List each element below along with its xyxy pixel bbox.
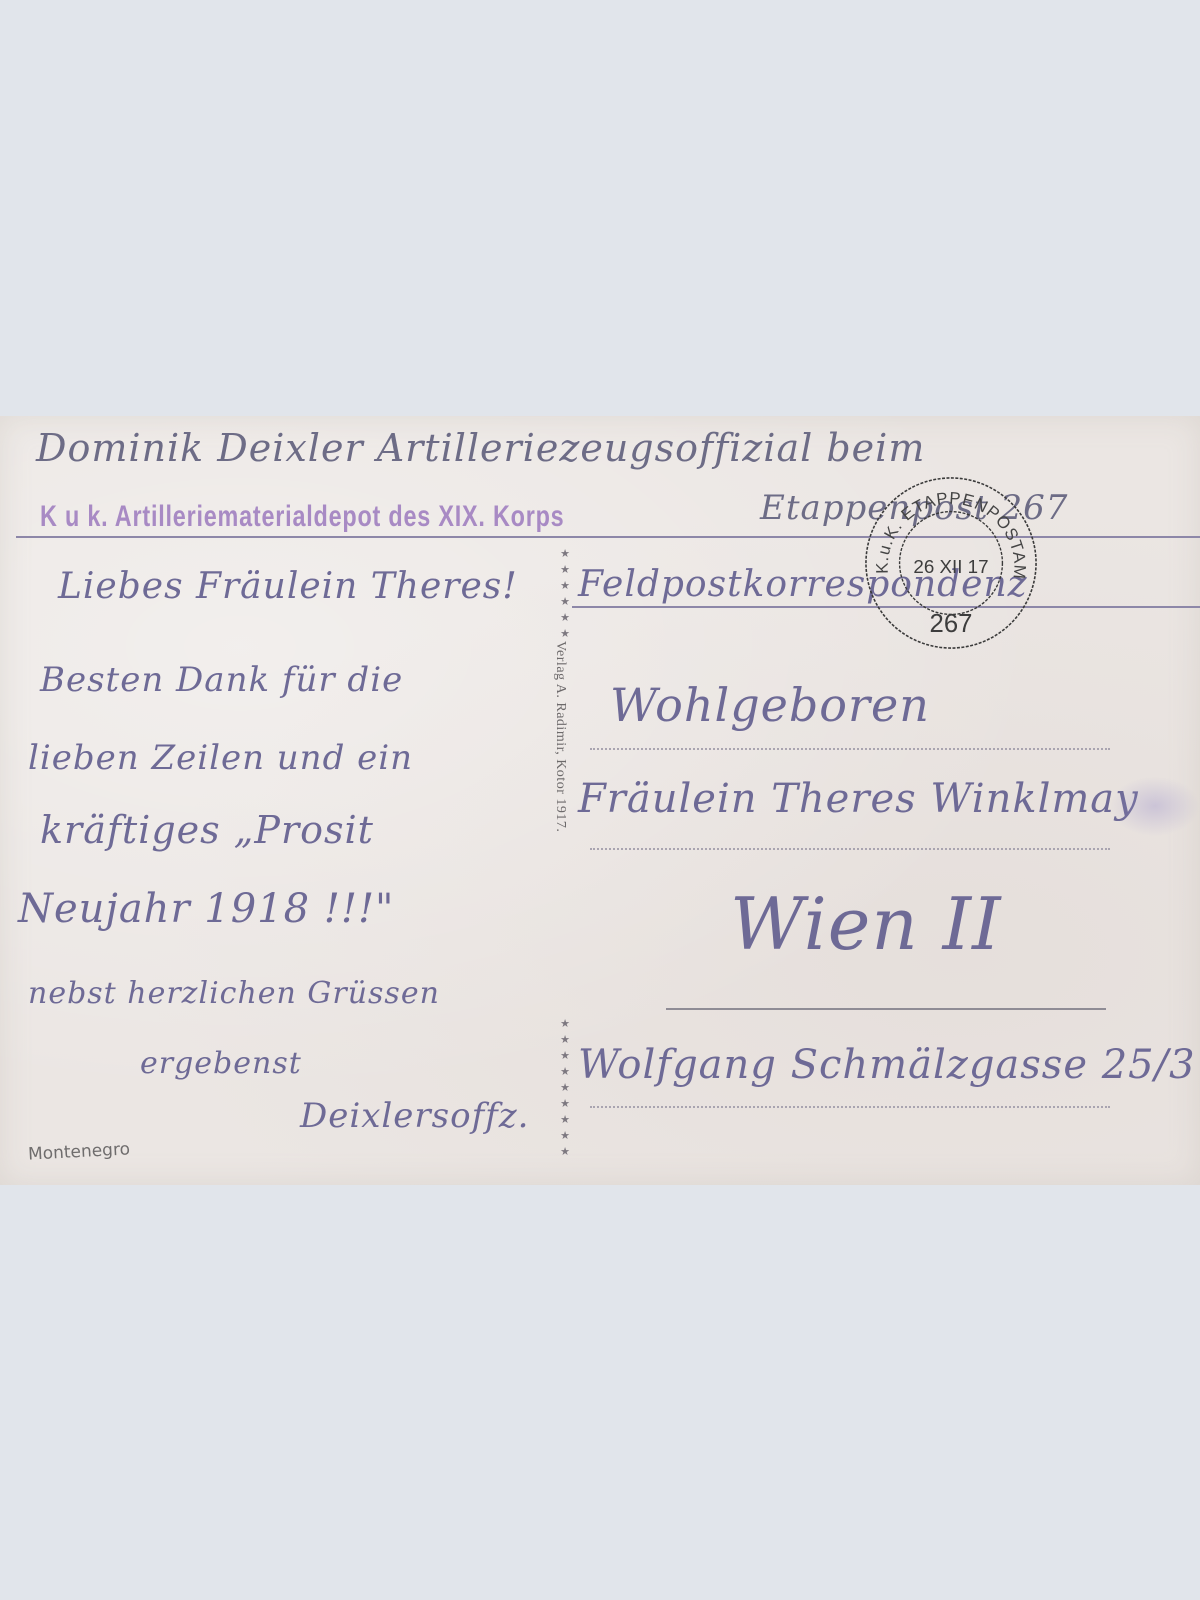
pencil-note: Montenegro [28,1139,131,1164]
signature: Deixlersoffz. [300,1096,529,1136]
postmark-number: 267 [930,610,973,638]
address-line-3 [666,1008,1106,1010]
center-divider: ★★★★★★ ★★★★★★★★★ [558,546,572,1171]
address-line-1 [590,748,1110,750]
star-ornament-top: ★★★★★★ [558,546,572,642]
postmark: K.u.K. ETAPPENPOSTAMT 26 XII 17 267 [862,474,1040,652]
sender-line: Dominik Deixler Artilleriezeugsoffizial … [36,426,925,470]
address-city: Wien II [730,882,1002,966]
message-line: Neujahr 1918 !!!" [18,886,394,932]
star-ornament-bottom: ★★★★★★★★★ [558,1016,572,1160]
message-line: lieben Zeilen und ein [28,738,413,778]
address-line-4 [590,1106,1110,1108]
postmark-date: 26 XII 17 [913,556,988,577]
postcard-back: Dominik Deixler Artilleriezeugsoffizial … [0,416,1200,1185]
message-line: ergebenst [140,1046,302,1081]
address-name: Fräulein Theres Winklmay [578,776,1139,822]
message-line: kräftiges „Prosit [40,808,374,852]
address-line-2 [590,848,1110,850]
message-line: Liebes Fräulein Theres! [58,566,518,607]
postmark-icon: K.u.K. ETAPPENPOSTAMT 26 XII 17 267 [862,474,1040,652]
address-salutation: Wohlgeboren [610,678,930,732]
message-line: nebst herzlichen Grüssen [28,976,440,1011]
address-street: Wolfgang Schmälzgasse 25/3 [578,1042,1196,1088]
publisher-imprint: Verlag A. Radimir, Kotor 1917. [552,641,568,832]
ink-smudge [1110,776,1200,836]
unit-stamp: K u k. Artilleriematerialdepot des XIX. … [40,500,564,534]
message-line: Besten Dank für die [40,660,403,700]
